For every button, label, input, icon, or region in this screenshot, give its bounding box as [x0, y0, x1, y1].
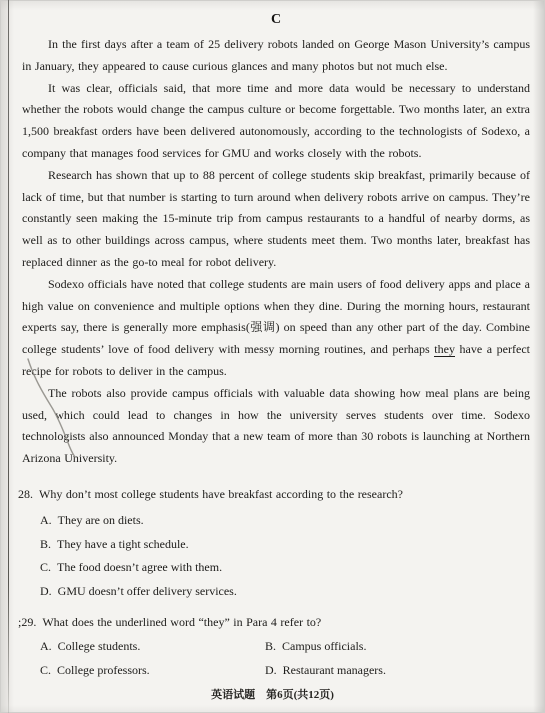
question-text: What does the underlined word “they” in …: [42, 615, 321, 629]
option-D: D.Restaurant managers.: [265, 659, 530, 683]
option-label: C.: [40, 560, 51, 574]
option-label: B.: [40, 537, 51, 551]
passage-paragraph: Research has shown that up to 88 percent…: [22, 165, 530, 274]
option-label: A.: [40, 513, 52, 527]
options-list: A.College students.B.Campus officials.C.…: [40, 635, 530, 682]
option-A: A.College students.: [40, 635, 265, 659]
page-content: C In the first days after a team of 25 d…: [22, 8, 530, 683]
question-29: ;29.What does the underlined word “they”…: [22, 611, 530, 682]
passage-text: It was clear, officials said, that more …: [22, 81, 530, 160]
options-list: A.They are on diets.B.They have a tight …: [40, 509, 530, 603]
option-label: A.: [40, 639, 52, 653]
option-label: C.: [40, 663, 51, 677]
page-footer: 英语试题 第6页(共12页): [0, 686, 545, 702]
option-B: B.Campus officials.: [265, 635, 530, 659]
option-A: A.They are on diets.: [40, 509, 530, 533]
option-text: The food doesn’t agree with them.: [57, 560, 222, 574]
option-text: College professors.: [57, 663, 150, 677]
passage-paragraph: Sodexo officials have noted that college…: [22, 274, 530, 383]
section-label: C: [22, 12, 530, 28]
option-label: B.: [265, 639, 276, 653]
passage-text: In the first days after a team of 25 del…: [22, 37, 530, 73]
option-text: Campus officials.: [282, 639, 366, 653]
scanned-exam-page: C In the first days after a team of 25 d…: [0, 0, 545, 713]
question-number: 28.: [18, 487, 33, 501]
option-label: D.: [40, 584, 52, 598]
option-D: D.GMU doesn’t offer delivery services.: [40, 580, 530, 604]
passage-paragraph: The robots also provide campus officials…: [22, 383, 530, 470]
page-spine-line: [8, 0, 9, 713]
questions: 28.Why don’t most college students have …: [22, 483, 530, 683]
option-C: C.The food doesn’t agree with them.: [40, 556, 530, 580]
passage-paragraph: It was clear, officials said, that more …: [22, 78, 530, 165]
option-C: C.College professors.: [40, 659, 265, 683]
question-28: 28.Why don’t most college students have …: [22, 483, 530, 603]
option-text: GMU doesn’t offer delivery services.: [58, 584, 237, 598]
passage-text: Research has shown that up to 88 percent…: [22, 168, 530, 269]
option-B: B.They have a tight schedule.: [40, 533, 530, 557]
option-text: College students.: [58, 639, 141, 653]
passage-paragraph: In the first days after a team of 25 del…: [22, 34, 530, 78]
option-text: They are on diets.: [58, 513, 144, 527]
option-text: Restaurant managers.: [283, 663, 386, 677]
question-stem: ;29.What does the underlined word “they”…: [18, 611, 530, 633]
option-label: D.: [265, 663, 277, 677]
underlined-word: they: [434, 342, 455, 357]
question-stem: 28.Why don’t most college students have …: [18, 483, 530, 505]
question-number: ;29.: [18, 615, 36, 629]
passage-text: The robots also provide campus officials…: [22, 386, 530, 465]
option-text: They have a tight schedule.: [57, 537, 189, 551]
question-text: Why don’t most college students have bre…: [39, 487, 403, 501]
passage: In the first days after a team of 25 del…: [22, 34, 530, 470]
